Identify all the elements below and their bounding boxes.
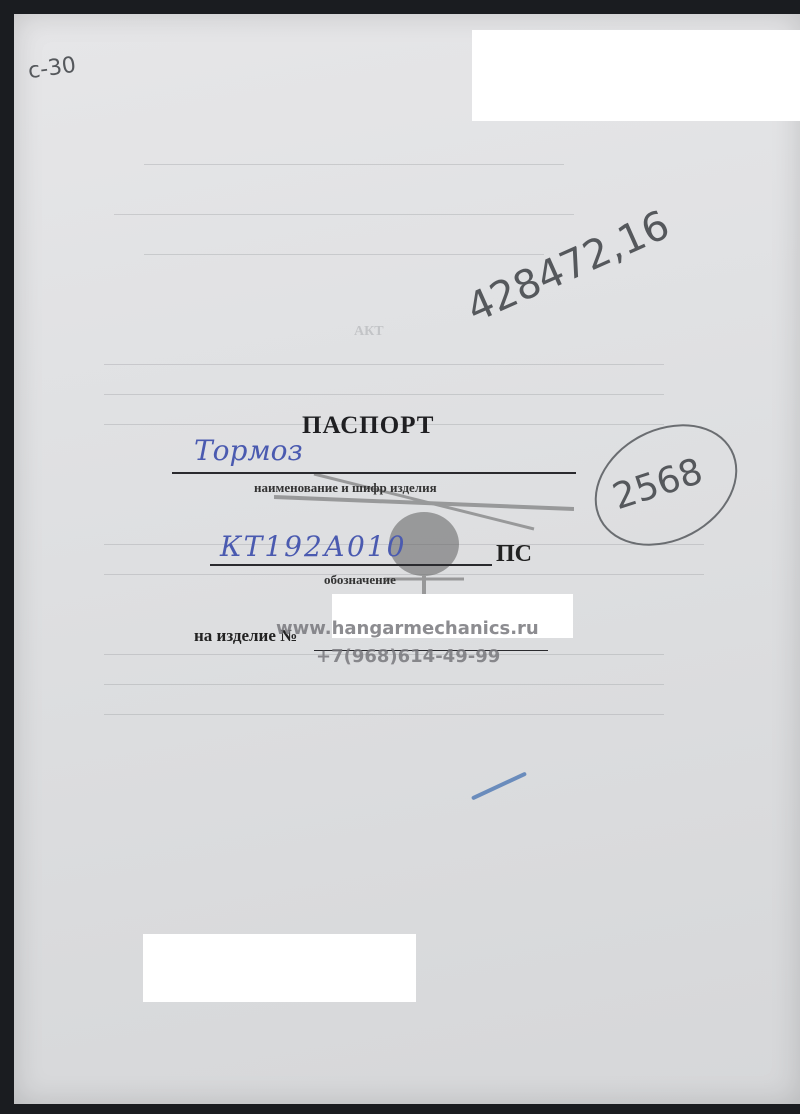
- watermark-url: www.hangarmechanics.ru: [276, 618, 539, 639]
- redaction-box: [472, 30, 800, 121]
- pen-mark: [471, 772, 527, 801]
- item-name-handwritten: Тормоз: [194, 434, 303, 467]
- designation-handwritten: КТ192А010: [220, 530, 406, 563]
- designation-line: [210, 564, 492, 566]
- watermark-phone: +7(968)614-49-99: [316, 646, 500, 667]
- designation-caption: обозначение: [324, 572, 396, 588]
- designation-suffix: ПС: [496, 541, 532, 568]
- amount-note: 428472,16: [460, 202, 676, 332]
- document-title: ПАСПОРТ: [302, 412, 434, 440]
- item-name-line: [172, 472, 576, 474]
- document-page: АКТ с-30 428472,16 2568 ПАСПОРТ Тормоз н…: [14, 14, 800, 1104]
- corner-note: с-30: [26, 53, 77, 84]
- redaction-box: [143, 934, 416, 1002]
- item-name-caption: наименование и шифр изделия: [254, 480, 437, 496]
